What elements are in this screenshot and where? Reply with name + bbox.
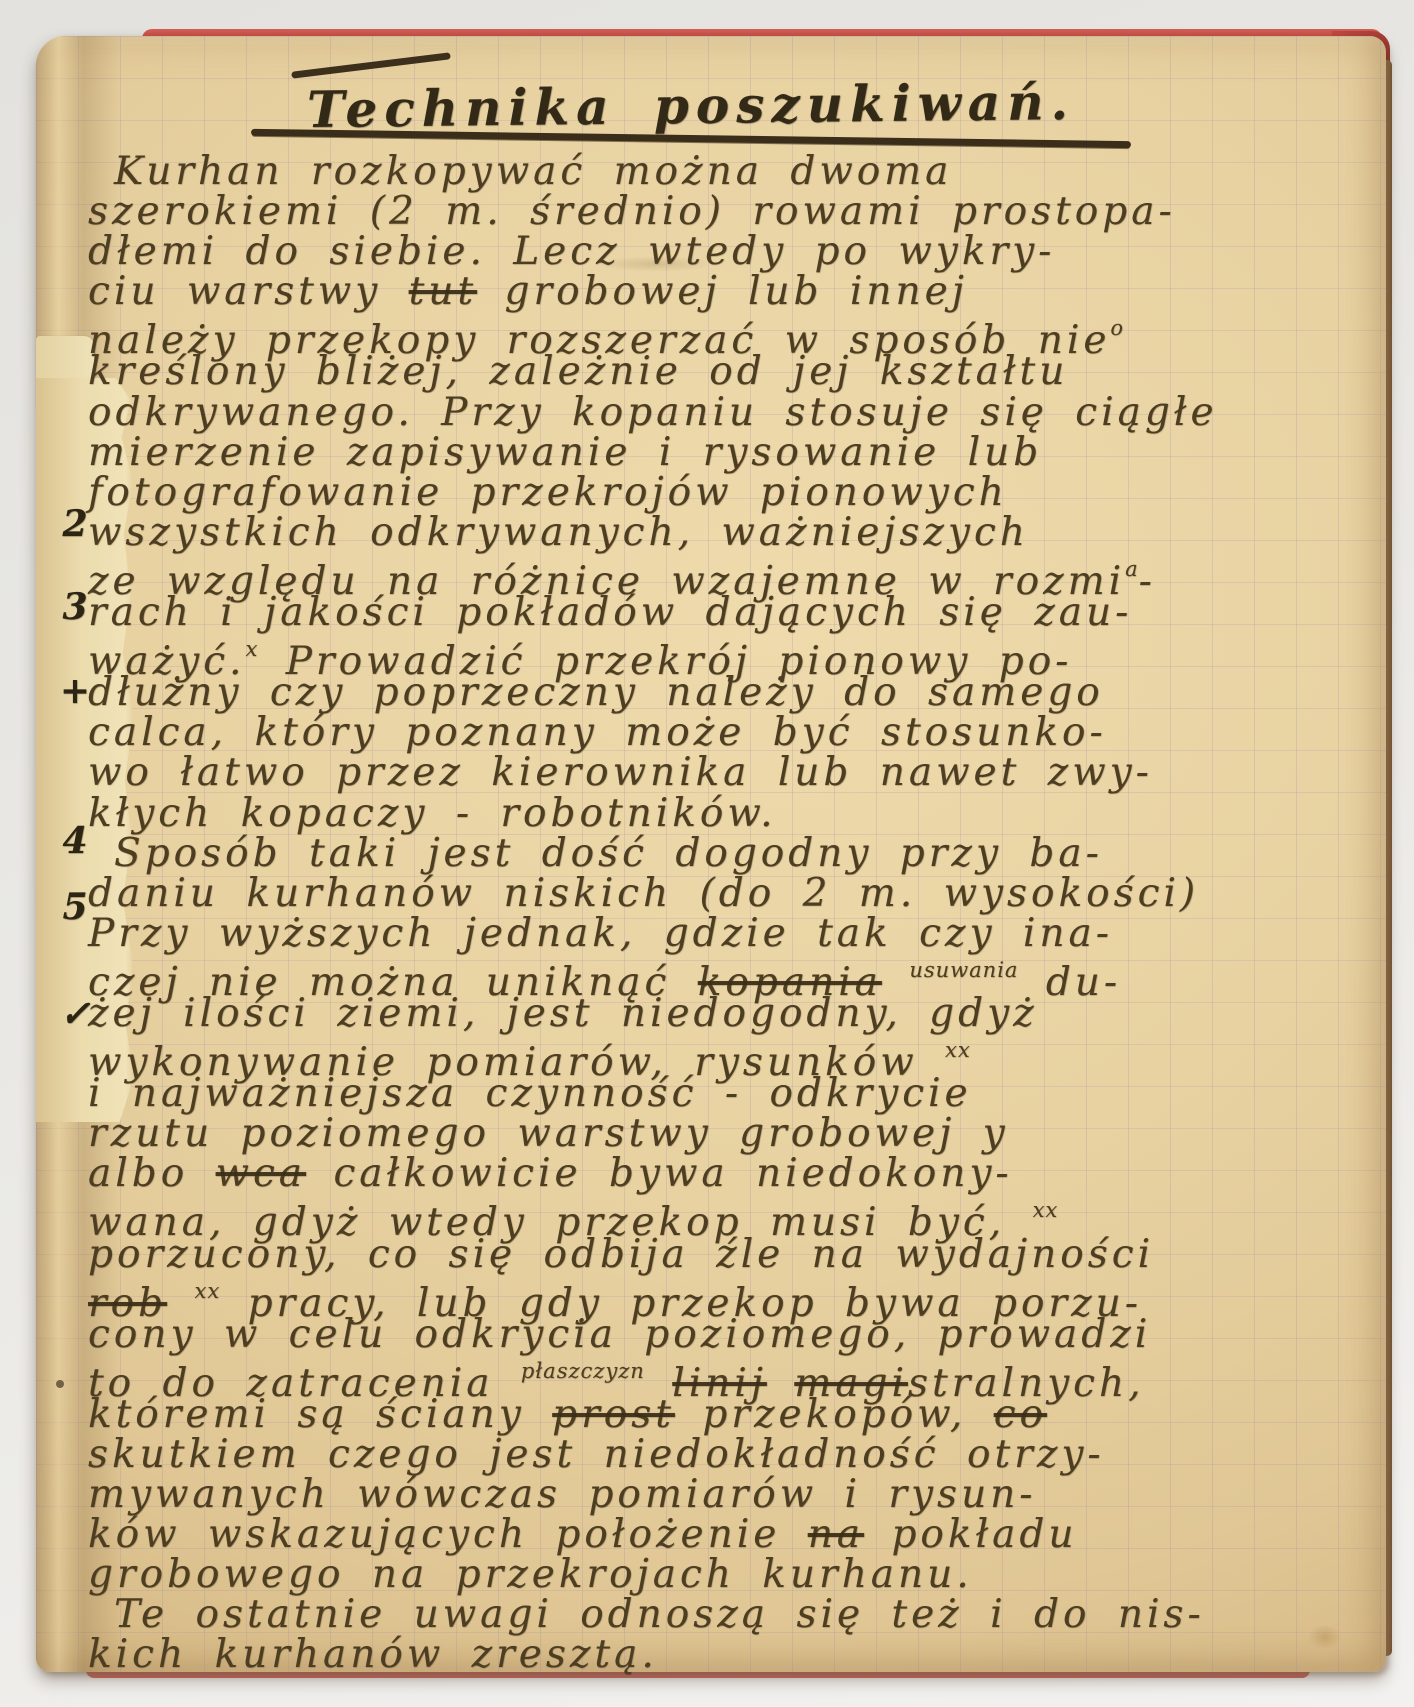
manuscript-line: Te ostatnie uwagi odnoszą się też i do n… <box>88 1595 1374 1635</box>
manuscript-line: któremi są ściany prost przekopów, co <box>88 1395 1374 1435</box>
manuscript-line: rzutu poziomego warstwy grobowej y <box>88 1114 1374 1154</box>
manuscript-line: kreślony bliżej, zależnie od jej kształt… <box>88 352 1374 392</box>
manuscript-line: calca, który poznany może być stosunko- <box>88 713 1374 753</box>
margin-mark: 2 <box>52 503 98 545</box>
manuscript-line: rach i jakości pokładów dających się zau… <box>88 593 1374 633</box>
title-block: Technika poszukiwań. <box>36 76 1346 142</box>
manuscript-line: wo łatwo przez kierownika lub nawet zwy- <box>88 753 1374 793</box>
margin-mark: 3 <box>52 586 98 628</box>
manuscript-line: wana, gdyż wtedy przekop musi być, xx <box>88 1194 1374 1234</box>
scan-background: Technika poszukiwań. 23+45✓ Kurhan rozko… <box>0 0 1414 1707</box>
manuscript-line: skutkiem czego jest niedokładność otrzy- <box>88 1435 1374 1475</box>
manuscript-line: Przy wyższych jednak, gdzie tak czy ina- <box>88 914 1374 954</box>
manuscript-line: wszystkich odkrywanych, ważniejszych <box>88 513 1374 553</box>
manuscript-line: fotografowanie przekrojów pionowych <box>88 473 1374 513</box>
manuscript-line: Sposób taki jest dość dogodny przy ba- <box>88 834 1374 874</box>
manuscript-line: albo wca całkowicie bywa niedokony- <box>88 1154 1374 1194</box>
manuscript-line: dłużny czy poprzeczny należy do samego <box>88 673 1374 713</box>
manuscript-line: rob xx pracy, lub gdy przekop bywa porzu… <box>88 1275 1374 1315</box>
margin-mark: ✓ <box>52 993 98 1035</box>
manuscript-line: wykonywanie pomiarów, rysunków xx <box>88 1034 1374 1074</box>
manuscript-line: cony w celu odkrycia poziomego, prowadzi <box>88 1315 1374 1355</box>
manuscript-line: daniu kurhanów niskich (do 2 m. wysokośc… <box>88 874 1374 914</box>
manuscript-line: grobowego na przekrojach kurhanu. <box>88 1555 1374 1595</box>
manuscript-line: żej ilości ziemi, jest niedogodny, gdyż <box>88 994 1374 1034</box>
manuscript-line: ważyć.x Prowadzić przekrój pionowy po- <box>88 633 1374 673</box>
page-title: Technika poszukiwań. <box>307 72 1075 139</box>
manuscript-line: czej nie można uniknąć kopania usuwania … <box>88 954 1374 994</box>
margin-mark: + <box>52 670 98 712</box>
manuscript-line: kich kurhanów zresztą. <box>88 1635 1374 1675</box>
manuscript-line: i najważniejsza czynność - odkrycie <box>88 1074 1374 1114</box>
notebook-page: Technika poszukiwań. 23+45✓ Kurhan rozko… <box>36 36 1386 1672</box>
manuscript-line: ze względu na różnice wzajemne w rozmia- <box>88 553 1374 593</box>
margin-mark: 5 <box>52 886 98 928</box>
manuscript-line: ków wskazujących położenie na pokładu <box>88 1515 1374 1555</box>
manuscript-line: mierzenie zapisywanie i rysowanie lub <box>88 433 1374 473</box>
margin-mark: 4 <box>52 820 98 862</box>
manuscript-line: Kurhan rozkopywać można dwoma <box>88 152 1374 192</box>
manuscript-line: porzucony, co się odbija źle na wydajnoś… <box>88 1235 1374 1275</box>
manuscript-line: ciu warstwy tut grobowej lub innej <box>88 272 1374 312</box>
manuscript-line: to do zatracenia płaszczyzn linij magist… <box>88 1355 1374 1395</box>
manuscript-lines: Kurhan rozkopywać można dwomaszerokiemi … <box>88 152 1374 1676</box>
manuscript-line: mywanych wówczas pomiarów i rysun- <box>88 1475 1374 1515</box>
manuscript-line: szerokiemi (2 m. średnio) rowami prostop… <box>88 192 1374 232</box>
manuscript-line: należy przekopy rozszerzać w sposób nieo <box>88 312 1374 352</box>
manuscript-line: kłych kopaczy - robotników. <box>88 794 1374 834</box>
manuscript-line: dłemi do siebie. Lecz wtedy po wykry- <box>88 232 1374 272</box>
manuscript-line: odkrywanego. Przy kopaniu stosuje się ci… <box>88 393 1374 433</box>
ink-spot <box>56 1380 64 1388</box>
